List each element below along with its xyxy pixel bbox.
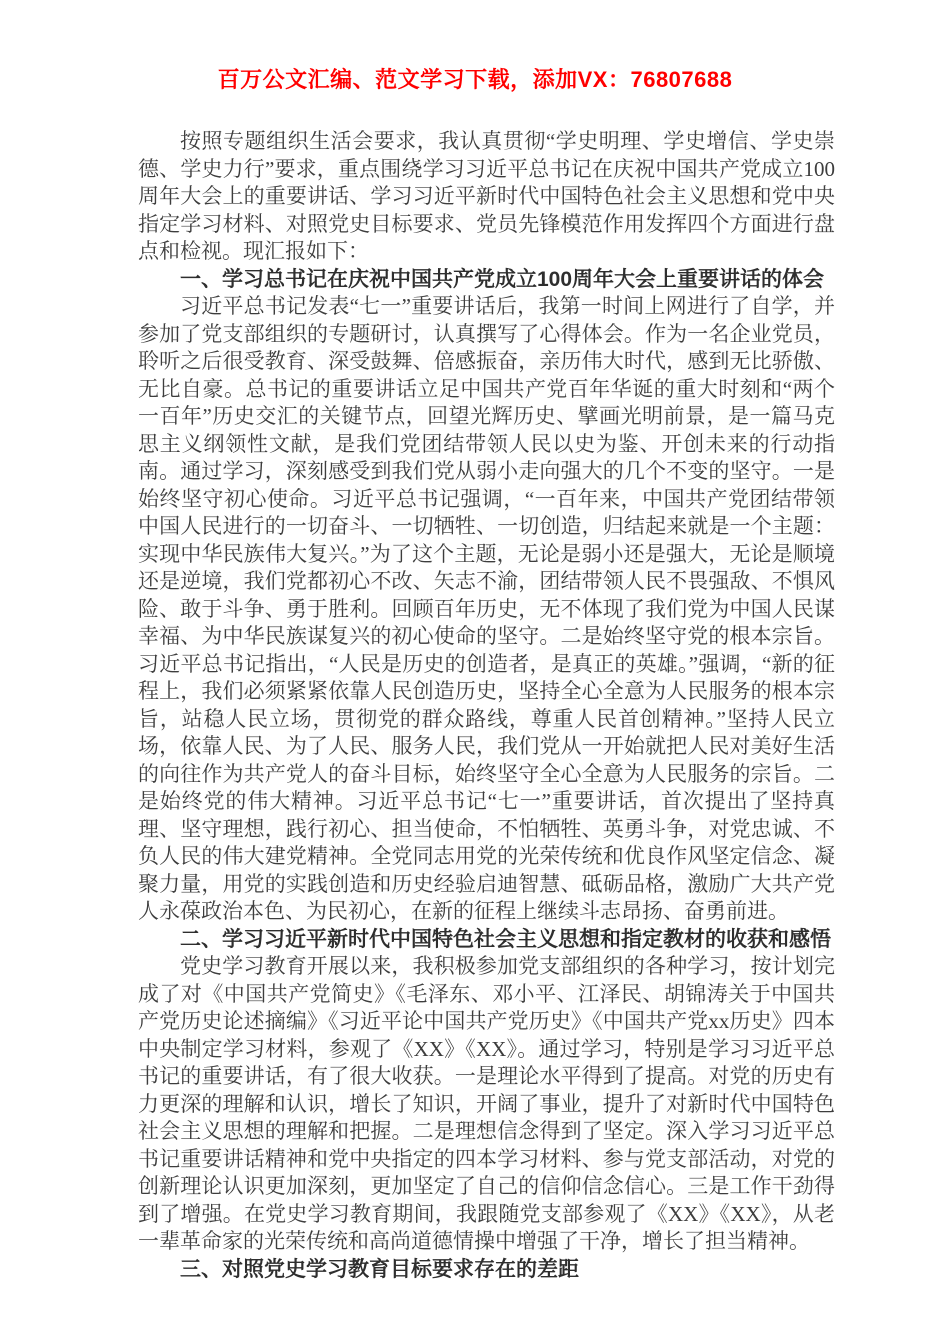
paragraph-section-2: 党史学习教育开展以来，我积极参加党支部组织的各种学习，按计划完成了对《中国共产党…: [138, 953, 835, 1256]
document-body: 按照专题组织生活会要求，我认真贯彻“学史明理、学史增信、学史崇德、学史力行”要求…: [138, 128, 835, 1283]
paragraph-intro: 按照专题组织生活会要求，我认真贯彻“学史明理、学史增信、学史崇德、学史力行”要求…: [138, 128, 835, 266]
paragraph-section-1: 习近平总书记发表“七一”重要讲话后，我第一时间上网进行了自学，并参加了党支部组织…: [138, 293, 835, 926]
section-heading-2: 二、学习习近平新时代中国特色社会主义思想和指定教材的收获和感悟: [138, 926, 835, 954]
section-heading-1: 一、学习总书记在庆祝中国共产党成立100周年大会上重要讲话的体会: [138, 266, 835, 294]
promo-header-text: 百万公文汇编、范文学习下载，添加VX：76807688: [0, 0, 950, 94]
document-page: 百万公文汇编、范文学习下载，添加VX：76807688 按照专题组织生活会要求，…: [0, 0, 950, 1344]
section-heading-3: 三、对照党史学习教育目标要求存在的差距: [138, 1256, 835, 1284]
